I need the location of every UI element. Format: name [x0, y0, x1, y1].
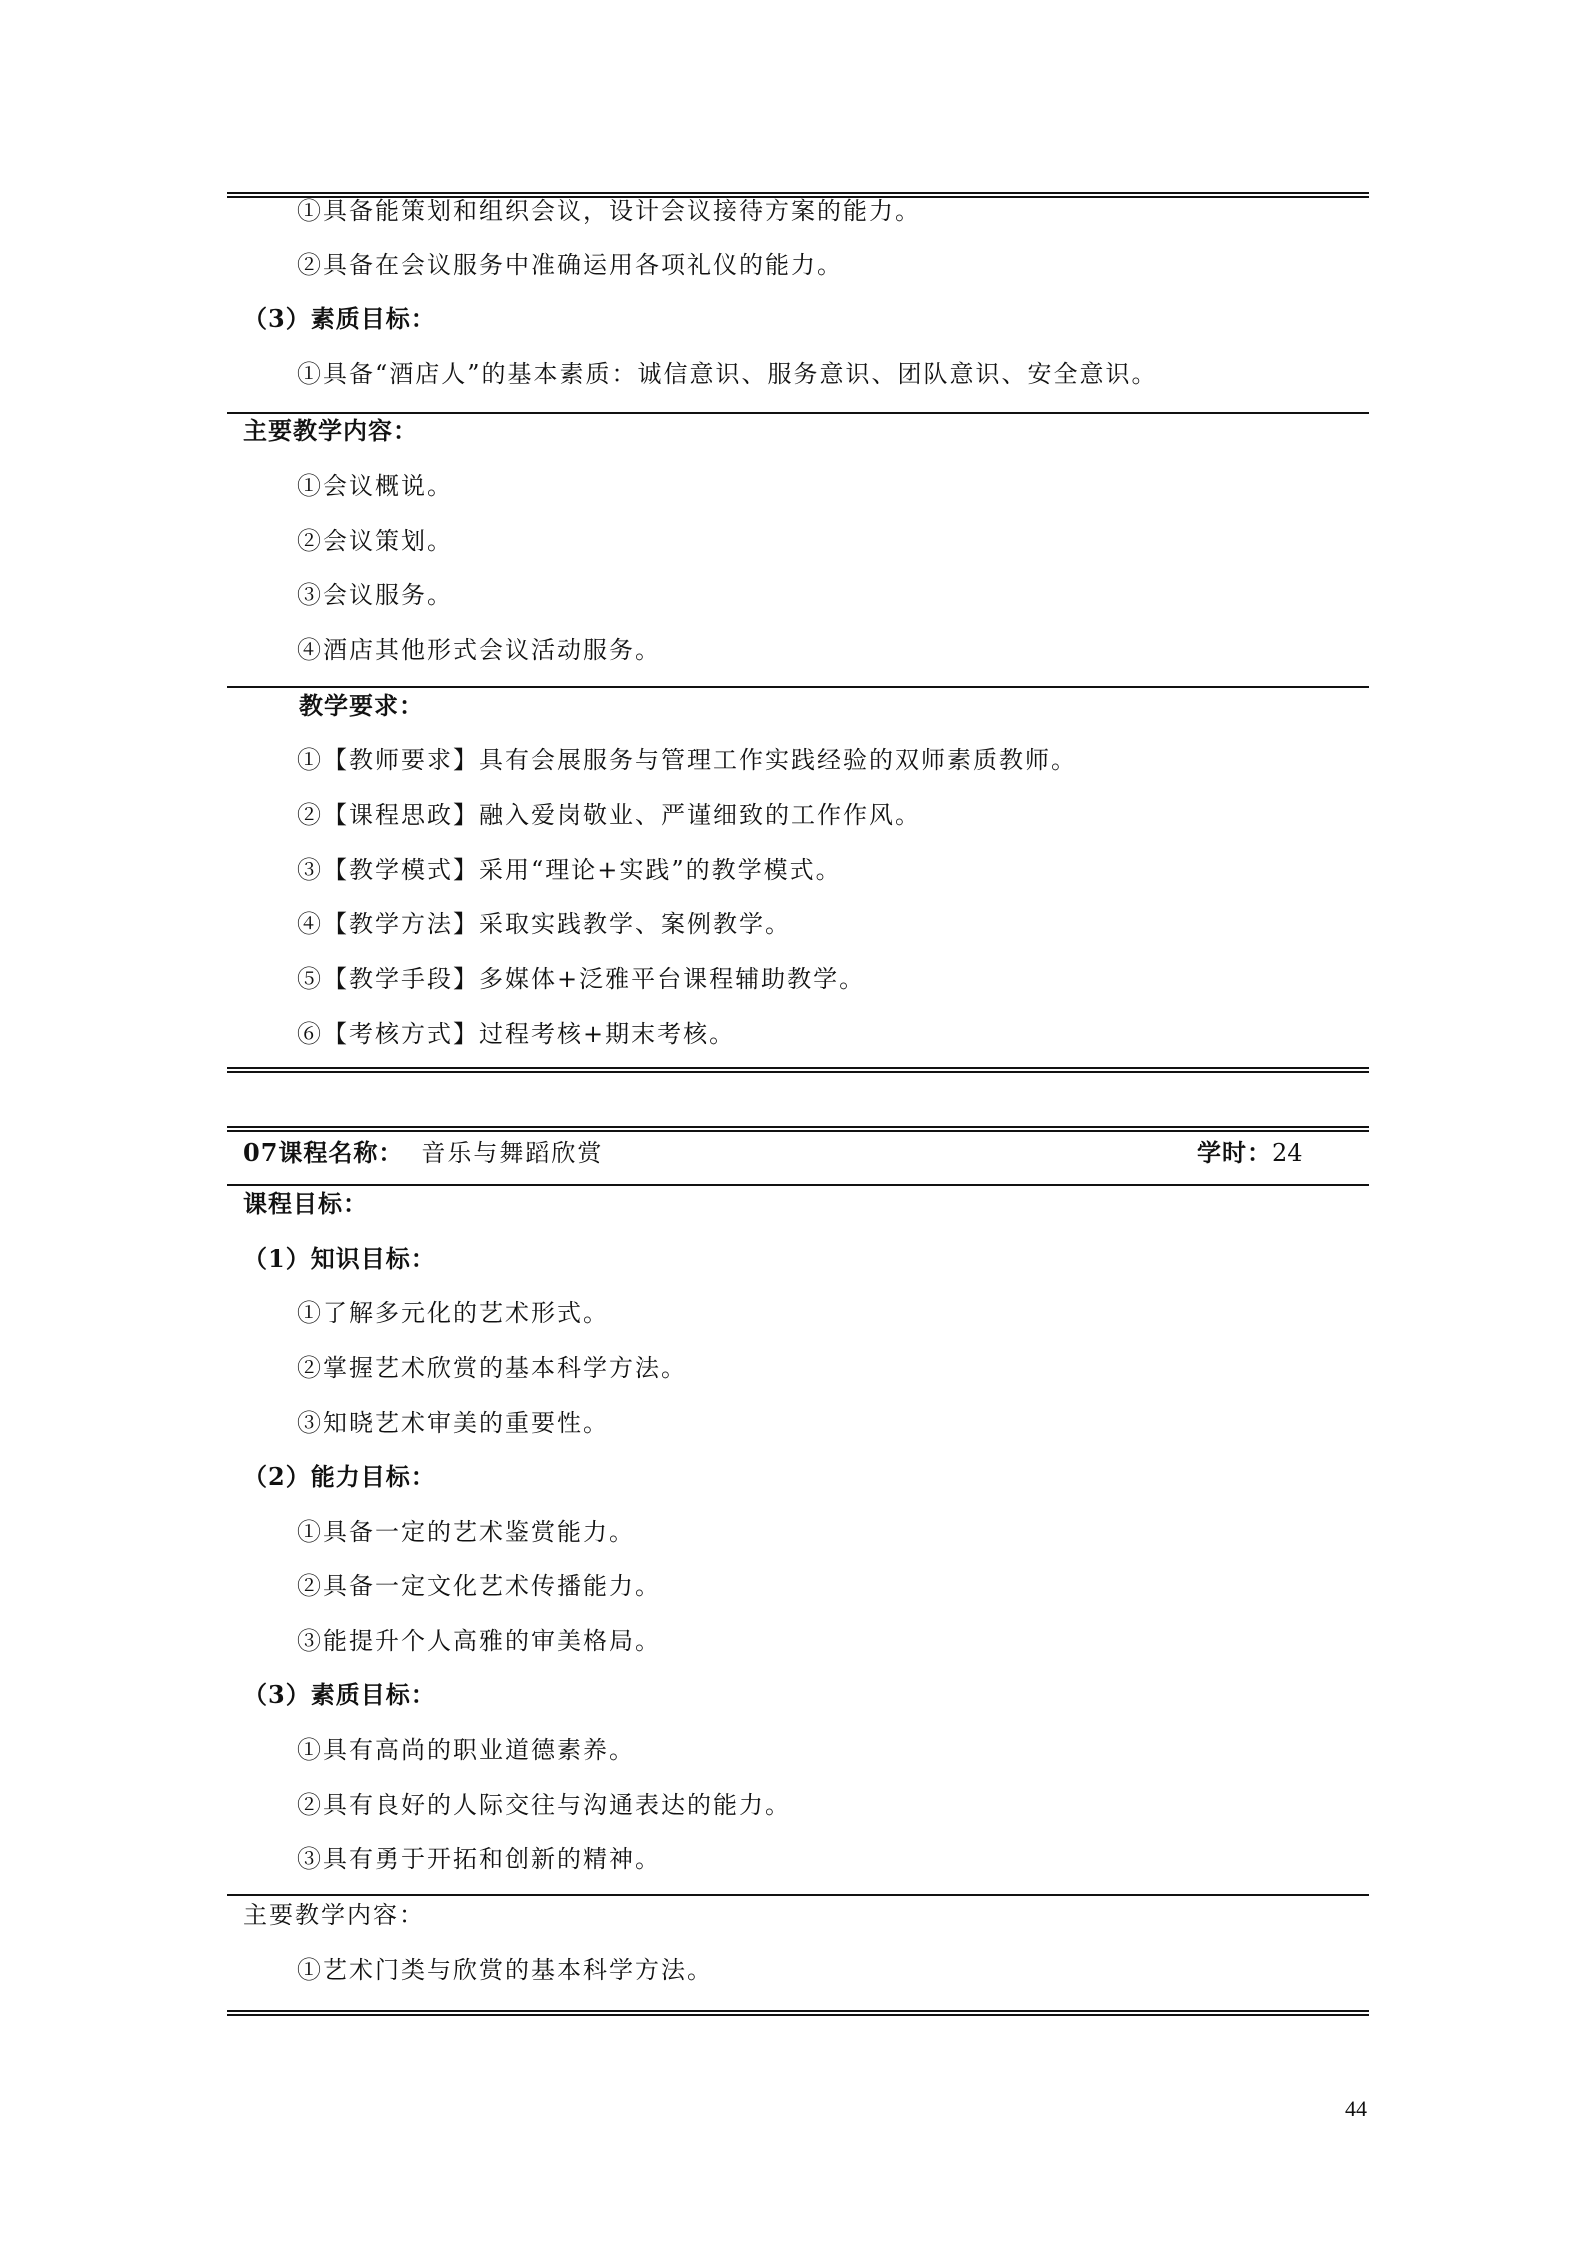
quality-item-2: ②具有良好的人际交往与沟通表达的能力。	[297, 1790, 791, 1820]
quality-item-1: ①具备“酒店人”的基本素质：诚信意识、服务意识、团队意识、安全意识。	[297, 359, 1158, 389]
content-item-1: ①艺术门类与欣赏的基本科学方法。	[297, 1955, 713, 1985]
section-divider	[227, 1184, 1369, 1186]
course-name: 音乐与舞蹈欣赏	[421, 1139, 603, 1167]
content-heading: 主要教学内容：	[243, 416, 418, 446]
ability-item-3: ③能提升个人高雅的审美格局。	[297, 1626, 661, 1656]
quality-item-1: ①具有高尚的职业道德素养。	[297, 1735, 635, 1765]
content-heading: 主要教学内容：	[243, 1900, 425, 1930]
section-divider	[227, 1894, 1369, 1896]
ability-heading: （2）能力目标：	[243, 1462, 436, 1492]
requirement-item-6: ⑥【考核方式】过程考核+期末考核。	[297, 1019, 735, 1049]
requirement-item-3: ③【教学模式】采用“理论+实践”的教学模式。	[297, 855, 842, 885]
requirement-item-2: ②【课程思政】融入爱岗敬业、严谨细致的工作作风。	[297, 800, 921, 830]
ability-item-1: ①具备能策划和组织会议，设计会议接待方案的能力。	[297, 196, 921, 226]
requirement-item-4: ④【教学方法】采取实践教学、案例教学。	[297, 909, 791, 939]
knowledge-item-2: ②掌握艺术欣赏的基本科学方法。	[297, 1353, 687, 1383]
ability-item-2: ②具备一定文化艺术传播能力。	[297, 1571, 661, 1601]
requirements-heading: 教学要求：	[299, 691, 424, 721]
knowledge-item-3: ③知晓艺术审美的重要性。	[297, 1408, 609, 1438]
content-item-2: ②会议策划。	[297, 526, 453, 556]
knowledge-heading: （1）知识目标：	[243, 1244, 436, 1274]
requirement-item-1: ①【教师要求】具有会展服务与管理工作实践经验的双师素质教师。	[297, 745, 1077, 775]
course-07-bottom-rule	[227, 2010, 1369, 2016]
page-number: 44	[1345, 2096, 1367, 2122]
requirement-item-5: ⑤【教学手段】多媒体+泛雅平台课程辅助教学。	[297, 964, 865, 994]
quality-heading: （3）素质目标：	[243, 1680, 436, 1710]
course-number-label: 07课程名称：	[243, 1138, 403, 1167]
ability-item-1: ①具备一定的艺术鉴赏能力。	[297, 1517, 635, 1547]
content-item-4: ④酒店其他形式会议活动服务。	[297, 635, 661, 665]
ability-item-2: ②具备在会议服务中准确运用各项礼仪的能力。	[297, 250, 843, 280]
section-divider	[227, 412, 1369, 414]
quality-heading: （3）素质目标：	[243, 304, 436, 334]
course-hours: 学时：24	[1197, 1138, 1303, 1168]
hours-value: 24	[1272, 1139, 1303, 1167]
goals-heading: 课程目标：	[243, 1189, 368, 1219]
content-item-1: ①会议概说。	[297, 471, 453, 501]
section-divider	[227, 686, 1369, 688]
course-07-top-rule	[227, 1126, 1369, 1132]
table-bottom-rule	[227, 1067, 1369, 1073]
quality-item-3: ③具有勇于开拓和创新的精神。	[297, 1844, 661, 1874]
content-item-3: ③会议服务。	[297, 580, 453, 610]
course-07-title-row: 07课程名称：音乐与舞蹈欣赏	[243, 1138, 603, 1168]
hours-label: 学时：	[1197, 1138, 1272, 1167]
knowledge-item-1: ①了解多元化的艺术形式。	[297, 1298, 609, 1328]
